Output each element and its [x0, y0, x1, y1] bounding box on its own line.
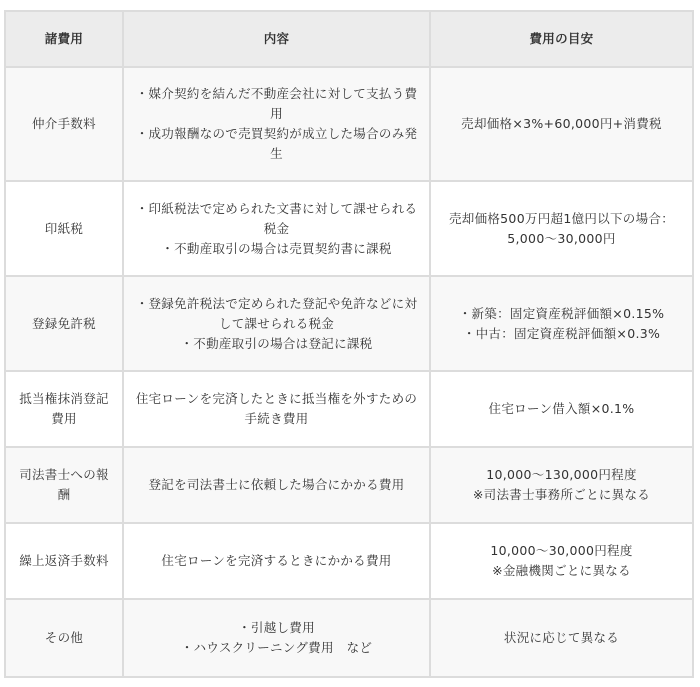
header-cost-estimate: 費用の目安: [430, 11, 693, 67]
estimate-line: 状況に応じて異なる: [441, 628, 682, 648]
cost-item-estimate: 状況に応じて異なる: [430, 599, 693, 677]
cost-item-description: ・引越し費用・ハウスクリーニング費用 など: [123, 599, 430, 677]
table-row: 繰上返済手数料住宅ローンを完済するときにかかる費用10,000〜30,000円程…: [5, 523, 693, 599]
description-line: ・引越し費用: [134, 618, 419, 638]
cost-item-estimate: 売却価格500万円超1億円以下の場合：5,000〜30,000円: [430, 181, 693, 276]
table-row: 登録免許税・登録免許税法で定められた登記や免許などに対して課せられる税金・不動産…: [5, 276, 693, 371]
estimate-line: 住宅ローン借入額×0.1%: [441, 399, 682, 419]
cost-item-estimate: ・新築：固定資産税評価額×0.15%・中古：固定資産税評価額×0.3%: [430, 276, 693, 371]
description-line: ・ハウスクリーニング費用 など: [134, 638, 419, 658]
cost-item-estimate: 10,000〜30,000円程度※金融機関ごとに異なる: [430, 523, 693, 599]
table-row: 印紙税・印紙税法で定められた文書に対して課せられる税金・不動産取引の場合は売買契…: [5, 181, 693, 276]
description-line: 住宅ローンを完済するときにかかる費用: [134, 551, 419, 571]
table-row: 司法書士への報酬登記を司法書士に依頼した場合にかかる費用10,000〜130,0…: [5, 447, 693, 523]
table-row: 抵当権抹消登記費用住宅ローンを完済したときに抵当権を外すための手続き費用住宅ロー…: [5, 371, 693, 447]
cost-item-description: ・媒介契約を結んだ不動産会社に対して支払う費用・成功報酬なので売買契約が成立した…: [123, 67, 430, 181]
description-line: ・媒介契約を結んだ不動産会社に対して支払う費用: [134, 84, 419, 124]
cost-item-estimate: 売却価格×3%+60,000円+消費税: [430, 67, 693, 181]
cost-item-name: 抵当権抹消登記費用: [5, 371, 123, 447]
cost-item-description: 住宅ローンを完済したときに抵当権を外すための手続き費用: [123, 371, 430, 447]
estimate-line: 5,000〜30,000円: [441, 229, 682, 249]
cost-item-description: ・登録免許税法で定められた登記や免許などに対して課せられる税金・不動産取引の場合…: [123, 276, 430, 371]
estimate-line: ・中古：固定資産税評価額×0.3%: [441, 324, 682, 344]
estimate-line: ※司法書士事務所ごとに異なる: [441, 485, 682, 505]
table-row: その他・引越し費用・ハウスクリーニング費用 など状況に応じて異なる: [5, 599, 693, 677]
estimate-line: ・新築：固定資産税評価額×0.15%: [441, 304, 682, 324]
estimate-line: ※金融機関ごとに異なる: [441, 561, 682, 581]
cost-item-estimate: 10,000〜130,000円程度※司法書士事務所ごとに異なる: [430, 447, 693, 523]
cost-item-name: その他: [5, 599, 123, 677]
table-header-row: 諸費用 内容 費用の目安: [5, 11, 693, 67]
header-cost-item: 諸費用: [5, 11, 123, 67]
description-line: ・不動産取引の場合は売買契約書に課税: [134, 239, 419, 259]
cost-item-name: 登録免許税: [5, 276, 123, 371]
description-line: ・登録免許税法で定められた登記や免許などに対して課せられる税金: [134, 294, 419, 334]
description-line: ・成功報酬なので売買契約が成立した場合のみ発生: [134, 124, 419, 164]
description-line: 住宅ローンを完済したときに抵当権を外すための手続き費用: [134, 389, 419, 429]
description-line: 登記を司法書士に依頼した場合にかかる費用: [134, 475, 419, 495]
estimate-line: 10,000〜30,000円程度: [441, 541, 682, 561]
cost-item-name: 印紙税: [5, 181, 123, 276]
header-description: 内容: [123, 11, 430, 67]
description-line: ・不動産取引の場合は登記に課税: [134, 334, 419, 354]
cost-item-name: 仲介手数料: [5, 67, 123, 181]
cost-item-name: 繰上返済手数料: [5, 523, 123, 599]
cost-item-estimate: 住宅ローン借入額×0.1%: [430, 371, 693, 447]
description-line: ・印紙税法で定められた文書に対して課せられる税金: [134, 199, 419, 239]
estimate-line: 売却価格×3%+60,000円+消費税: [441, 114, 682, 134]
table-body: 仲介手数料・媒介契約を結んだ不動産会社に対して支払う費用・成功報酬なので売買契約…: [5, 67, 693, 677]
estimate-line: 10,000〜130,000円程度: [441, 465, 682, 485]
table-row: 仲介手数料・媒介契約を結んだ不動産会社に対して支払う費用・成功報酬なので売買契約…: [5, 67, 693, 181]
cost-item-description: ・印紙税法で定められた文書に対して課せられる税金・不動産取引の場合は売買契約書に…: [123, 181, 430, 276]
estimate-line: 売却価格500万円超1億円以下の場合：: [441, 209, 682, 229]
cost-item-description: 住宅ローンを完済するときにかかる費用: [123, 523, 430, 599]
cost-item-name: 司法書士への報酬: [5, 447, 123, 523]
cost-table: 諸費用 内容 費用の目安 仲介手数料・媒介契約を結んだ不動産会社に対して支払う費…: [4, 10, 694, 678]
cost-item-description: 登記を司法書士に依頼した場合にかかる費用: [123, 447, 430, 523]
